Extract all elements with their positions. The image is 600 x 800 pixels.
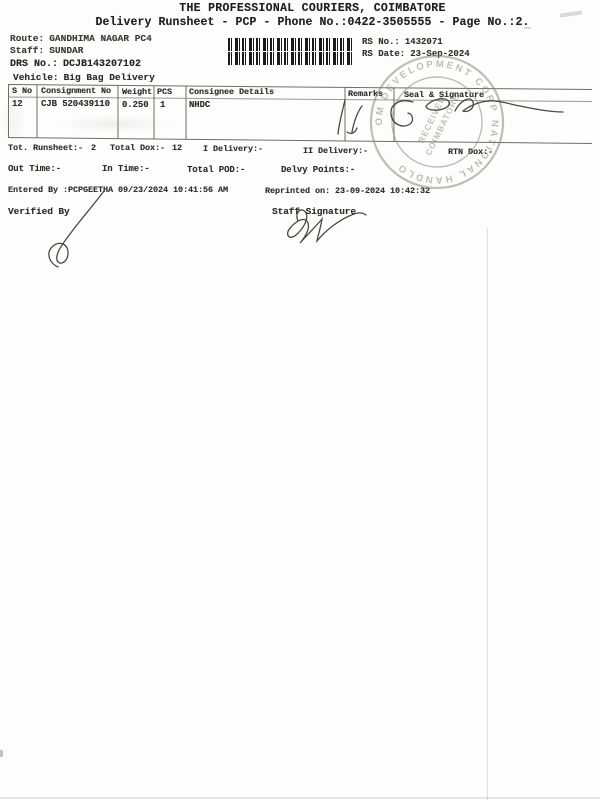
rs-no-row: RS No.:1432071	[362, 37, 443, 47]
tot-runsheet-label: Tot. Runsheet:-	[8, 143, 83, 153]
stamp-inner-line1: RECEIVED	[416, 94, 448, 145]
document-header: THE PROFESSIONAL COURIERS, COIMBATORE De…	[25, 2, 600, 29]
route-value: GANDHIMA NAGAR PC4	[49, 33, 152, 44]
row-weight: 0.250	[122, 100, 149, 110]
entered-by-text: Entered By :PCPGEETHA 09/23/2024 10:41:5…	[8, 185, 228, 195]
vehicle-label: Vehicle:	[13, 72, 59, 83]
staff-signature-label: Staff Signature	[272, 206, 356, 217]
rtn-dox-label: RTN Dox:-	[448, 147, 493, 157]
ii-delivery-label: II Delivery:-	[303, 146, 368, 156]
scan-smudge	[55, 115, 175, 133]
overlay-graphics: OM DEVELOPMENT CORP NATIONAL HANDLO RECE…	[0, 0, 600, 800]
verified-by-signature	[49, 191, 104, 267]
page-subtitle: Delivery Runsheet - PCP - Phone No.:0422…	[25, 16, 600, 29]
drs-value: DCJB143207102	[63, 59, 141, 70]
total-dox-value: 12	[172, 143, 182, 153]
seal-signature-curl	[391, 101, 413, 126]
i-delivery-label: I Delivery:-	[203, 144, 263, 154]
total-dox-label: Total Dox:-	[110, 143, 165, 153]
rs-date-label: RS Date:	[362, 49, 405, 59]
col-header-weight: Weight	[122, 87, 152, 97]
reprinted-text: Reprinted on: 23-09-2024 10:42:32	[265, 186, 430, 196]
drs-label: DRS No.:	[10, 59, 58, 70]
consignment-barcode	[228, 38, 352, 66]
vehicle-value: Big Bag Delivery	[64, 72, 155, 83]
page-bottom-edge	[0, 797, 600, 799]
col-header-remarks: Remarks	[348, 89, 383, 99]
remarks-handwritten-mark	[338, 100, 345, 134]
rs-date-row: RS Date:23-Sep-2024	[362, 49, 470, 59]
out-time-label: Out Time:-	[8, 164, 61, 174]
scanned-runsheet-page: THE PROFESSIONAL COURIERS, COIMBATORE De…	[0, 0, 600, 800]
page-title: THE PROFESSIONAL COURIERS, COIMBATORE	[25, 2, 600, 15]
staff-value: SUNDAR	[49, 45, 83, 56]
remarks-handwritten-mark2	[347, 106, 362, 133]
row-consignee: NHDC	[189, 100, 210, 110]
row-sno: 12	[12, 99, 23, 109]
seal-signature-flourish	[455, 99, 563, 112]
row-consignment: CJB 520439110	[41, 99, 110, 109]
rs-no-label: RS No.:	[362, 37, 400, 47]
total-pod-label: Total POD:-	[187, 165, 245, 175]
seal-signature-loop	[426, 99, 449, 110]
row-pcs: 1	[160, 100, 165, 110]
route-row: Route:GANDHIMA NAGAR PC4	[10, 33, 152, 44]
drs-row: DRS No.:DCJB143207102	[10, 59, 141, 70]
staff-row: Staff:SUNDAR	[10, 45, 83, 56]
col-header-sno: S No	[12, 86, 32, 96]
barcode-strip-bottom	[228, 52, 352, 65]
in-time-label: In Time:-	[102, 164, 150, 174]
scan-vertical-line	[487, 228, 488, 800]
stamp-inner-ring	[384, 69, 491, 176]
col-header-pcs: PCS	[157, 87, 172, 97]
delvy-points-label: Delvy Points:-	[281, 165, 355, 175]
scan-edge-tick	[0, 750, 3, 757]
col-header-consignment: Consignment No	[41, 86, 111, 96]
tot-runsheet-value: 2	[91, 143, 96, 153]
vehicle-row: Vehicle:Big Bag Delivery	[13, 72, 155, 83]
col-header-seal: Seal & Signature	[404, 90, 484, 100]
stamp-outer-ring	[359, 44, 516, 201]
rs-date-value: 23-Sep-2024	[410, 49, 469, 59]
col-header-consignee: Consignee Details	[189, 87, 274, 97]
route-label: Route:	[10, 33, 44, 44]
rs-no-value: 1432071	[405, 37, 443, 47]
staff-label: Staff:	[10, 45, 44, 56]
verified-by-label: Verified By	[8, 206, 70, 217]
nhdc-rubber-stamp: OM DEVELOPMENT CORP NATIONAL HANDLO RECE…	[359, 44, 516, 201]
barcode-strip-top	[228, 38, 352, 51]
